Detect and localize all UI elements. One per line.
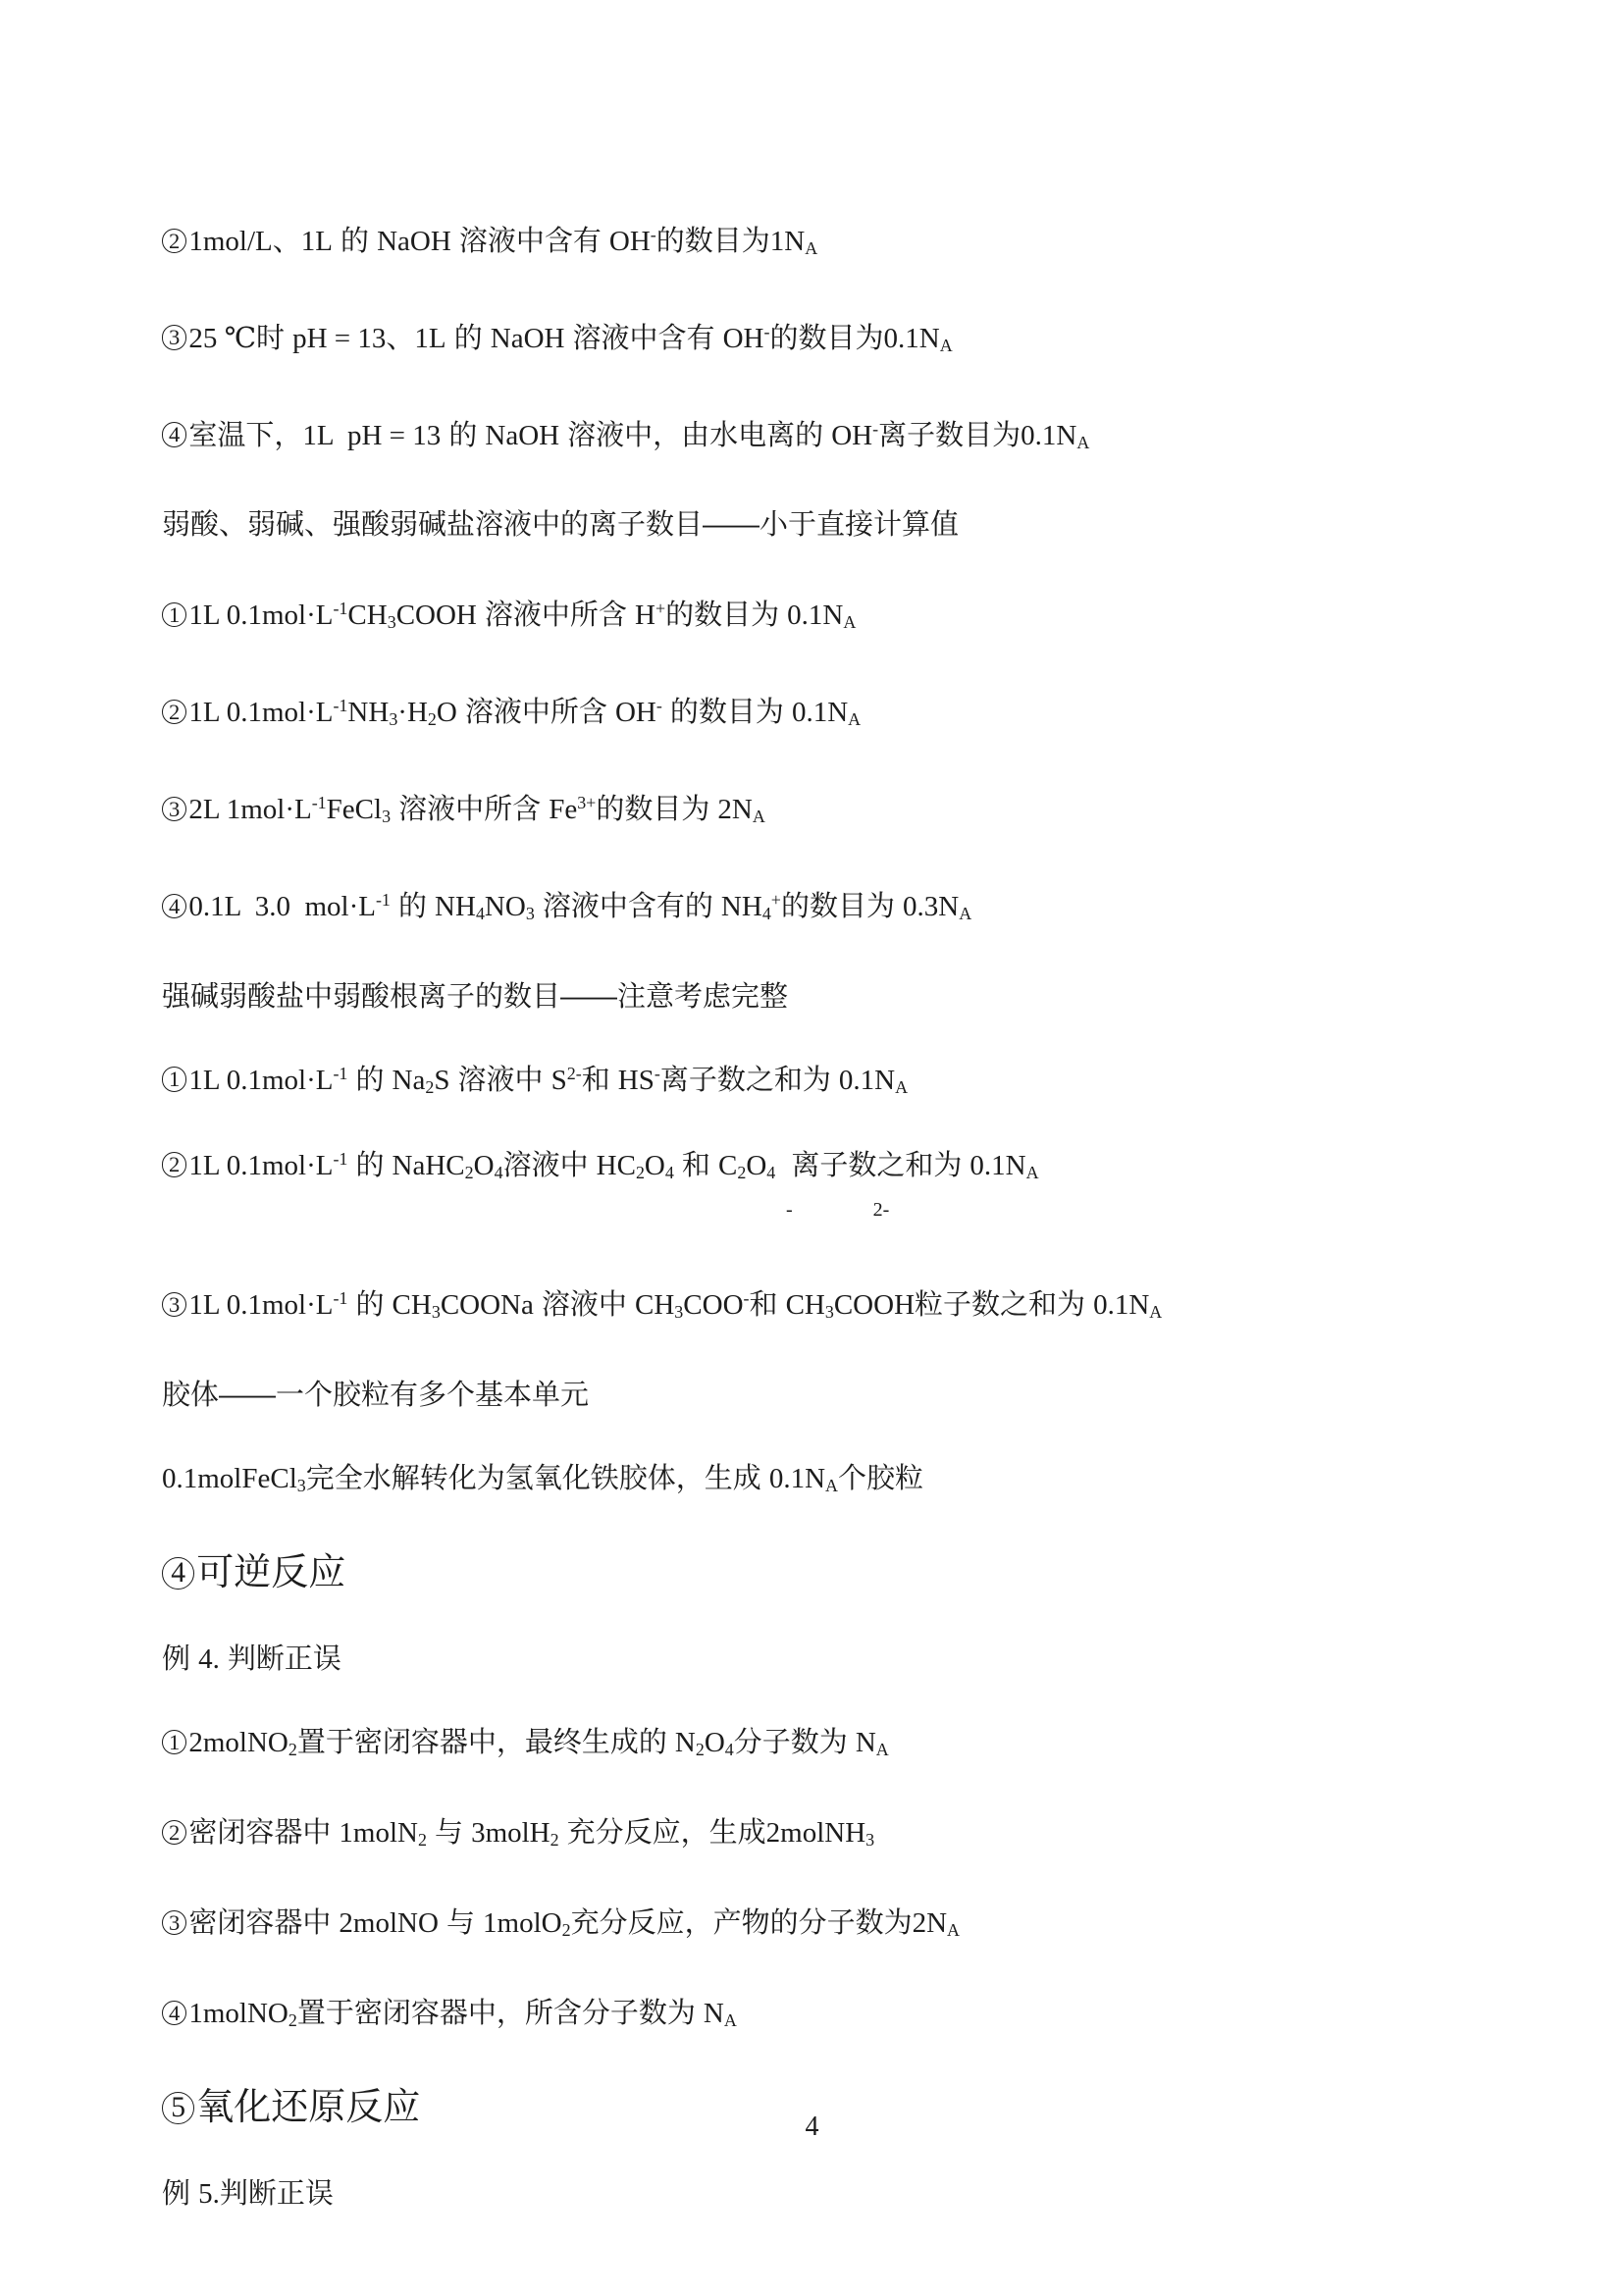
- statement-nh3h2o: 21L 0.1mol·L-1NH3·H2O 溶液中所含 OH- 的数目为 0.1…: [162, 685, 1506, 740]
- statement-nahc2o4: 21L 0.1mol·L-1 的 NaHC2O4溶液中 HC2O4 和 C2O4…: [162, 1138, 1506, 1193]
- statement-no2-molecules: 41molNO2置于密闭容器中，所含分子数为 NA: [162, 1993, 1506, 2041]
- statement-naoh-water-ionization: 4室温下，1L pH = 13 的 NaOH 溶液中，由水电离的 OH-离子数目…: [162, 408, 1506, 463]
- statement-na2s: 11L 0.1mol·L-1 的 Na2S 溶液中 S2-和 HS-离子数之和为…: [162, 1053, 1506, 1108]
- statement-ch3coona: 31L 0.1mol·L-1 的 CH3COONa 溶液中 CH3COO-和 C…: [162, 1278, 1506, 1332]
- statement-ch3cooh: 11L 0.1mol·L-1CH3COOH 溶液中所含 H+的数目为 0.1NA: [162, 588, 1506, 643]
- statement-no-o2: 3密闭容器中 2molNO 与 1molO2充分反应，产物的分子数为2NA: [162, 1903, 1506, 1951]
- statement-nh4no3: 40.1L 3.0 mol·L-1 的 NH4NO3 溶液中含有的 NH4+的数…: [162, 879, 1506, 934]
- example-5-label: 例 5.判断正误: [162, 2173, 1506, 2215]
- statement-no2-n2o4: 12molNO2置于密闭容器中，最终生成的 N2O4分子数为 NA: [162, 1722, 1506, 1770]
- statement-naoh-1mol: 21mol/L、1L 的 NaOH 溶液中含有 OH-的数目为1NA: [162, 214, 1506, 269]
- statement-naoh-ph13: 325 ℃时 pH = 13、1L 的 NaOH 溶液中含有 OH-的数目为0.…: [162, 311, 1506, 366]
- section-heading-reversible-reaction: 4可逆反应: [162, 1548, 1506, 1597]
- document-body: 21mol/L、1L 的 NaOH 溶液中含有 OH-的数目为1NA 325 ℃…: [162, 214, 1506, 2257]
- charge-superscript-artifact: -2-: [162, 1197, 1506, 1223]
- statement-n2-h2: 2密闭容器中 1molN2 与 3molH2 充分反应，生成2molNH3: [162, 1812, 1506, 1860]
- rule-weak-acid-base-ions: 弱酸、弱碱、强酸弱碱盐溶液中的离子数目——小于直接计算值: [162, 504, 1506, 546]
- rule-colloid: 胶体——一个胶粒有多个基本单元: [162, 1375, 1506, 1416]
- document-page: 21mol/L、1L 的 NaOH 溶液中含有 OH-的数目为1NA 325 ℃…: [0, 0, 1624, 2295]
- rule-weak-acid-anion: 强碱弱酸盐中弱酸根离子的数目——注意考虑完整: [162, 976, 1506, 1017]
- example-4-label: 例 4. 判断正误: [162, 1639, 1506, 1680]
- page-number: 4: [0, 2112, 1624, 2143]
- statement-fecl3: 32L 1mol·L-1FeCl3 溶液中所含 Fe3+的数目为 2NA: [162, 782, 1506, 837]
- statement-fecl3-colloid: 0.1molFeCl3完全水解转化为氢氧化铁胶体，生成 0.1NA个胶粒: [162, 1458, 1506, 1506]
